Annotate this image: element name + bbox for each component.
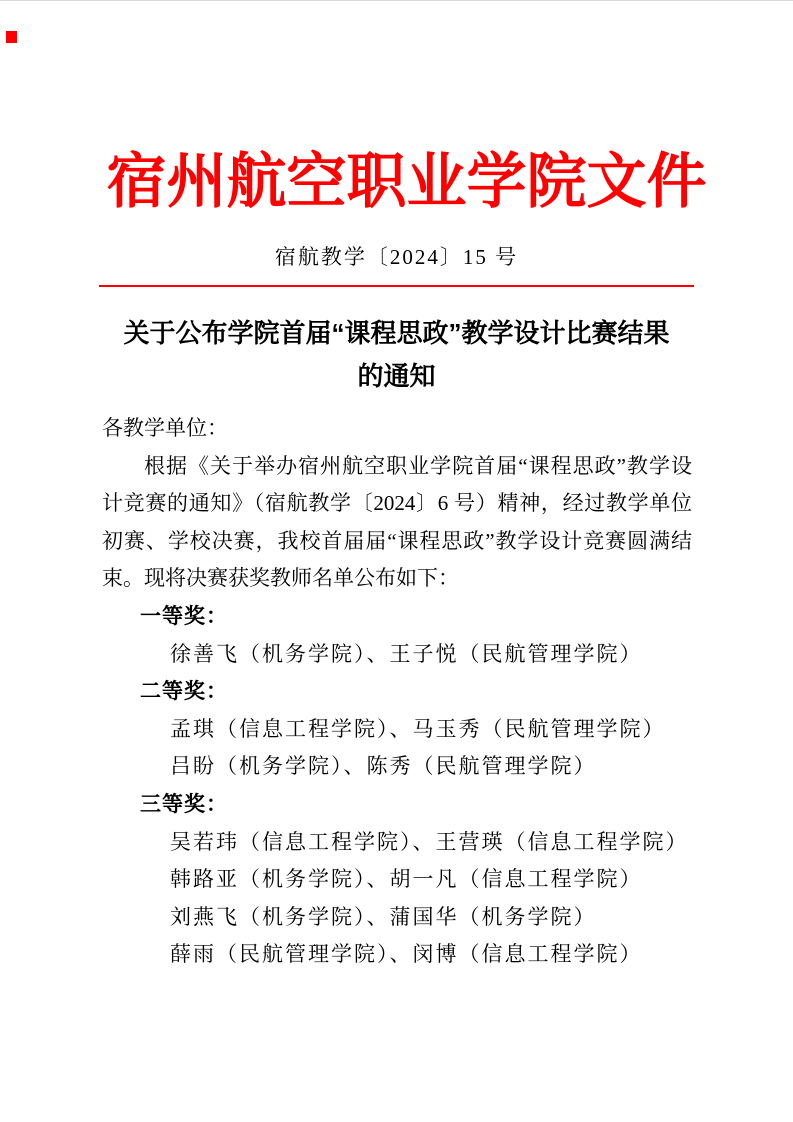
red-divider-rule (99, 285, 694, 287)
winner-line: 徐善飞（机务学院）、王子悦（民航管理学院） (102, 636, 692, 674)
document-page: 宿州航空职业学院文件 宿航教学〔2024〕15 号 关于公布学院首届“课程思政”… (0, 0, 793, 1122)
document-number: 宿航教学〔2024〕15 号 (0, 245, 793, 269)
winner-line: 吕盼（机务学院）、陈秀（民航管理学院） (102, 748, 692, 786)
winner-line: 韩路亚（机务学院）、胡一凡（信息工程学院） (102, 861, 692, 899)
winner-line: 薛雨（民航管理学院）、闵博（信息工程学院） (102, 936, 692, 974)
subject-title-line1: 关于公布学院首届“课程思政”教学设计比赛结果 (0, 312, 793, 355)
intro-paragraph-line: 束。现将决赛获奖教师名单公布如下： (102, 560, 692, 598)
intro-paragraph-line: 初赛、学校决赛，我校首届届“课程思政”教学设计竞赛圆满结 (102, 523, 692, 561)
document-body: 各教学单位： 根据《关于举办宿州航空职业学院首届“课程思政”教学设 计竞赛的通知… (102, 410, 692, 974)
intro-paragraph-line: 根据《关于举办宿州航空职业学院首届“课程思政”教学设 (102, 448, 692, 486)
winner-line: 刘燕飞（机务学院）、蒲国华（机务学院） (102, 899, 692, 937)
subject-title: 关于公布学院首届“课程思政”教学设计比赛结果 的通知 (0, 312, 793, 398)
corner-red-mark (6, 31, 17, 43)
salutation: 各教学单位： (102, 410, 692, 448)
winner-line: 孟琪（信息工程学院）、马玉秀（民航管理学院） (102, 711, 692, 749)
intro-paragraph-line: 计竞赛的通知》（宿航教学〔2024〕6 号）精神，经过教学单位 (102, 485, 692, 523)
award-level-second-prize: 二等奖： (102, 673, 692, 711)
subject-title-line2: 的通知 (0, 355, 793, 398)
award-level-first-prize: 一等奖： (102, 598, 692, 636)
award-level-third-prize: 三等奖： (102, 786, 692, 824)
winner-line: 吴若玮（信息工程学院）、王营瑛（信息工程学院） (102, 824, 692, 862)
document-header-title: 宿州航空职业学院文件 (10, 150, 793, 214)
